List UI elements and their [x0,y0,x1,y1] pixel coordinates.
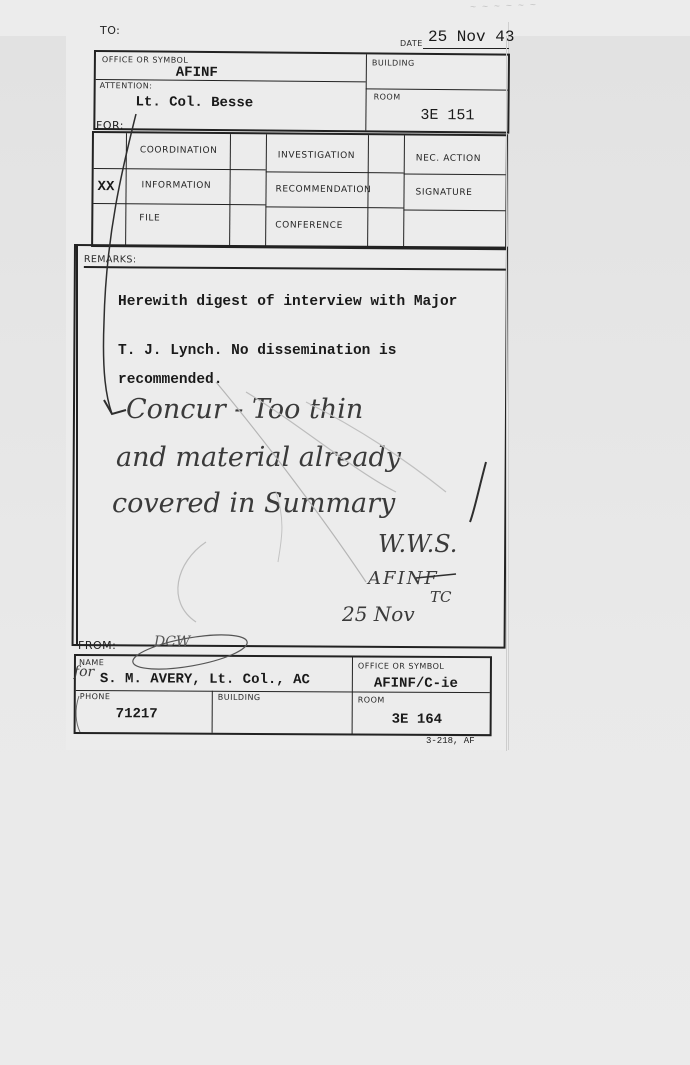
from-room-value: 3E 164 [392,712,443,728]
for-col-divider [265,134,267,246]
remarks-inner-top [84,266,506,271]
from-phone-value: 71217 [116,706,158,722]
to-divider-building [366,88,508,90]
handwritten-date: 25 Nov [342,602,415,626]
office-value: AFINF [176,65,218,81]
handwritten-office: AFINF [368,568,439,589]
option-conference: CONFERENCE [275,220,343,231]
remark-line-1: Herewith digest of interview with Major [118,294,457,310]
for-row-divider [265,206,403,208]
room-label: ROOM [374,92,401,101]
for-row-divider [266,171,404,173]
option-signature: SIGNATURE [415,188,472,198]
remark-line-2: T. J. Lynch. No dissemination is [118,343,396,359]
from-building-label: BUILDING [218,693,261,702]
for-col-divider [229,134,231,246]
for-col-divider [125,133,127,245]
from-heading: FROM: [78,639,116,652]
from-box: NAME for S. M. AVERY, Lt. Col., AC OFFIC… [74,654,492,736]
to-heading: TO: [100,24,120,37]
date-value: 25 Nov 43 [428,28,514,46]
option-investigation: INVESTIGATION [278,150,355,161]
attention-value: Lt. Col. Besse [135,94,253,111]
handwritten-line-2: and material already [116,442,401,473]
office-label: OFFICE OR SYMBOL [102,55,188,65]
date-underline [423,48,509,49]
bleed-through-text: ~ ~ ~ ~ ~ ~ [470,1,536,14]
handwritten-office-suffix: TC [430,588,451,606]
for-row-divider [404,173,506,175]
for-row-divider [93,203,265,205]
to-box: OFFICE OR SYMBOL AFINF BUILDING ATTENTIO… [93,50,510,134]
from-name-prefix: for [74,664,94,680]
remarks-heading: REMARKS: [84,254,137,265]
building-label: BUILDING [372,58,415,67]
checkbox-information[interactable]: XX [97,179,114,195]
for-row-divider [403,209,505,211]
slip-edge-shadow [506,36,507,751]
attention-label: ATTENTION: [100,81,153,90]
remarks-left-border [76,244,78,646]
option-nec-action: NEC. ACTION [416,154,481,165]
from-divider-building [212,691,213,733]
for-col-divider [403,135,405,247]
for-row-divider [94,168,266,170]
for-grid: COORDINATION XX INFORMATION FILE INVESTI… [91,131,508,250]
from-name-value: S. M. AVERY, Lt. Col., AC [100,671,310,688]
date-label: DATE [400,39,423,48]
option-recommendation: RECOMMENDATION [276,184,372,195]
option-file: FILE [139,213,160,223]
room-value: 3E 151 [420,107,474,124]
to-divider-vertical [365,54,367,130]
remark-line-3: recommended. [118,372,222,388]
routing-slip: TO: DATE 25 Nov 43 OFFICE OR SYMBOL AFIN… [66,22,509,750]
handwritten-line-1: Concur - Too thin [126,394,363,425]
option-coordination: COORDINATION [140,145,218,156]
handwritten-line-3: covered in Summary [112,488,395,519]
for-heading: FOR: [96,119,124,132]
from-phone-label: PHONE [80,692,111,701]
from-office-value: AFINF/C-ie [374,676,458,692]
handwritten-initials: W.W.S. [378,530,457,558]
form-number: 3-218, AF [426,736,475,746]
from-stamp-initials: DCW [154,634,190,650]
from-office-label: OFFICE OR SYMBOL [358,661,444,670]
from-room-label: ROOM [358,695,385,704]
option-information: INFORMATION [142,180,212,191]
from-divider-vertical [352,657,353,733]
